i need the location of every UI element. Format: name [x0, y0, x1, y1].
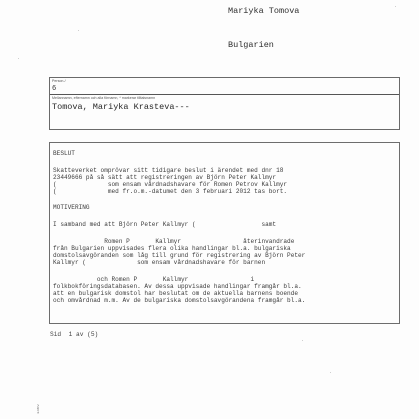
personal-number-value: 6	[52, 85, 56, 93]
scan-side-code: 1469	[37, 400, 43, 414]
motivation-text-line: att en bulgarisk domstol har beslutat om…	[53, 290, 298, 297]
identity-box: Person-/ 6 Mellannamn, efternamn och all…	[49, 77, 400, 130]
motivation-text-line: I samband med att Björn Peter Kallmyr ( …	[53, 221, 276, 228]
scan-speck	[18, 58, 19, 59]
motivation-text-line: från Bulgarien uppvisades flera olika ha…	[53, 245, 291, 252]
decision-text-line: ( med fr.o.m.-datumet den 3 februari 201…	[53, 188, 287, 195]
scan-speck	[395, 6, 396, 7]
personal-number-label: Person-/	[52, 79, 66, 83]
decision-text-line: Skatteverket omprövar sitt tidigare besl…	[53, 167, 283, 174]
full-name-value: Tomova, Mariyka Krasteva---	[52, 102, 190, 112]
motivation-text-line: folkbokföringsdatabasen. Av dessa uppvis…	[53, 283, 302, 290]
decision-text-line: ( som ensam vårdnadshavare för Romen Pet…	[53, 181, 287, 188]
scan-speck	[78, 30, 79, 31]
page-indicator: Sid 1 av (5)	[50, 331, 98, 338]
scan-speck	[302, 340, 303, 341]
decision-box: BESLUT Skatteverket omprövar sitt tidiga…	[49, 142, 400, 324]
personal-number-field: Person-/ 6	[50, 78, 399, 95]
decision-text-line: 23449666 på så sätt att registreringen a…	[53, 174, 276, 181]
motivation-text-line: Romen P Kallmyr återinvandrade	[53, 238, 294, 245]
heading-motivering: MOTIVERING	[53, 204, 90, 211]
motivation-text-line: och Romen P Kallmyr i	[53, 276, 254, 283]
full-name-label: Mellannamn, efternamn och alla förnamn, …	[52, 96, 155, 100]
recipient-country: Bulgarien	[228, 40, 274, 50]
scan-speck	[330, 372, 331, 373]
full-name-field: Mellannamn, efternamn och alla förnamn, …	[50, 95, 399, 131]
motivation-text-line: domstolsavgöranden som låg till grund fö…	[53, 252, 305, 259]
heading-beslut: BESLUT	[53, 150, 75, 157]
recipient-name: Mariyka Tomova	[228, 6, 299, 16]
motivation-text-line: och omvårdnad m.m. Av de bulgariska doms…	[53, 297, 305, 304]
motivation-text-line: Kallmyr ( som ensam vårdnadshavare för b…	[53, 259, 265, 266]
